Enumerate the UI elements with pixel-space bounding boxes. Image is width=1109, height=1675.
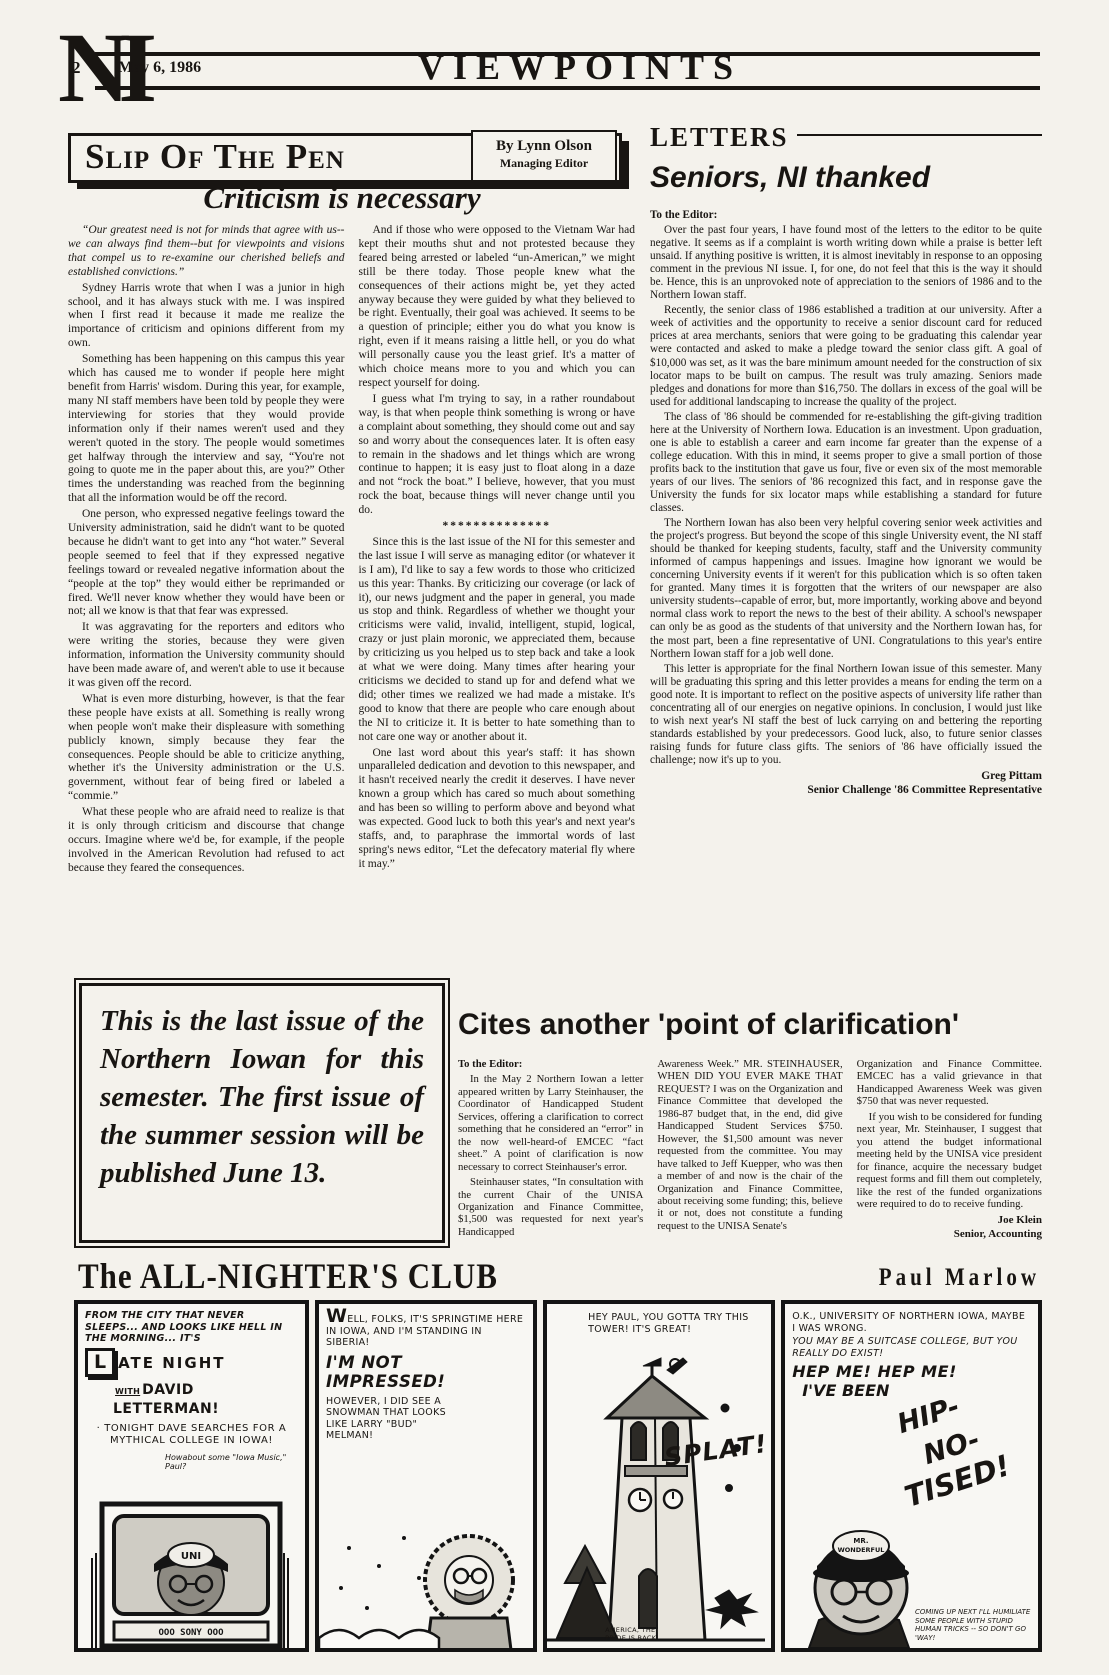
clarification-headline: Cites another 'point of clarification' bbox=[458, 1008, 1042, 1042]
paragraph: Organization and Finance Committee. EMCE… bbox=[857, 1058, 1042, 1108]
salutation: To the Editor: bbox=[458, 1058, 643, 1070]
paragraph: It was aggravating for the reporters and… bbox=[68, 621, 345, 691]
byline-box: By Lynn Olson Managing Editor bbox=[471, 130, 617, 182]
campanile-tower-drawing bbox=[547, 1348, 765, 1648]
signature-role: Senior, Accounting bbox=[857, 1227, 1042, 1241]
speech-text: Howabout some "Iowa Music," Paul? bbox=[165, 1453, 298, 1472]
article-headline: Criticism is necessary bbox=[68, 180, 616, 216]
paragraph: The class of '86 should be commended for… bbox=[650, 411, 1042, 515]
comic-panel-1: FROM THE CITY THAT NEVER SLEEPS... AND L… bbox=[74, 1300, 309, 1652]
speech-text: YOU MAY BE A SUITCASE COLLEGE, BUT YOU R… bbox=[792, 1336, 1031, 1359]
signature-name: Greg Pittam bbox=[650, 769, 1042, 783]
newspaper-page: NI 2 May 6, 1986 VIEWPOINTS Slip Of The … bbox=[0, 0, 1109, 1675]
speech-emphasis: I'M NOT IMPRESSED! bbox=[326, 1353, 526, 1391]
letter-body: To the Editor: Over the past four years,… bbox=[650, 209, 1042, 797]
outro-caption: COMING UP NEXT I'LL HUMILIATE SOME PEOPL… bbox=[915, 1608, 1033, 1642]
article-column-1: “Our greatest need is not for minds that… bbox=[68, 224, 345, 912]
signature-name: Joe Klein bbox=[857, 1213, 1042, 1227]
show-name: ATE NIGHT bbox=[118, 1354, 225, 1372]
announcement-inner-border: This is the last issue of the Northern I… bbox=[79, 983, 445, 1243]
comic-panel-2: WELL, FOLKS, IT'S SPRINGTIME HERE IN IOW… bbox=[315, 1300, 537, 1652]
comic-panel-4: O.K., UNIVERSITY OF NORTHERN IOWA, MAYBE… bbox=[781, 1300, 1042, 1652]
caption-text: · TONIGHT DAVE SEARCHES FOR A MYTHICAL C… bbox=[85, 1423, 298, 1447]
tv-drawing: UNI OOO SONY OOO bbox=[88, 1498, 293, 1650]
speech-emphasis: I'VE BEEN bbox=[802, 1381, 1031, 1400]
speech-text: HEY PAUL, YOU GOTTA TRY THIS TOWER! IT'S… bbox=[588, 1312, 763, 1335]
paragraph: Since this is the last issue of the NI f… bbox=[359, 536, 636, 745]
paragraph: Sydney Harris wrote that when I was a ju… bbox=[68, 282, 345, 352]
tv-brand-label: OOO SONY OOO bbox=[158, 1628, 224, 1638]
comic-strip: FROM THE CITY THAT NEVER SLEEPS... AND L… bbox=[74, 1300, 1042, 1652]
announcement-text: This is the last issue of the Northern I… bbox=[82, 986, 442, 1208]
drop-cap: W bbox=[326, 1305, 347, 1327]
tiny-caption: AMERICA, THE PRIDE IS BACK. bbox=[605, 1627, 665, 1642]
paragraph: Recently, the senior class of 1986 estab… bbox=[650, 304, 1042, 408]
paragraph: “Our greatest need is not for minds that… bbox=[68, 224, 345, 280]
slip-of-the-pen-banner: Slip Of The Pen By Lynn Olson Managing E… bbox=[68, 133, 622, 183]
comic-title: The ALL-NIGHTER'S CLUB bbox=[78, 1256, 498, 1297]
paragraph: Awareness Week.” MR. STEINHAUSER, WHEN D… bbox=[657, 1058, 842, 1232]
paragraph: One person, who expressed negative feeli… bbox=[68, 508, 345, 619]
comic-panel-3: HEY PAUL, YOU GOTTA TRY THIS TOWER! IT'S… bbox=[543, 1300, 775, 1652]
byline-role: Managing Editor bbox=[473, 156, 615, 170]
snow-scene-drawing bbox=[319, 1518, 527, 1650]
letterman-l-logo: L bbox=[85, 1348, 115, 1377]
paragraph: Steinhauser states, “In consultation wit… bbox=[458, 1176, 643, 1238]
with-word: WITH bbox=[115, 1387, 140, 1396]
cap-label-bottom: WONDERFUL bbox=[838, 1546, 885, 1554]
star-divider: ************** bbox=[359, 520, 636, 534]
comic-title-row: The ALL-NIGHTER'S CLUB Paul Marlow bbox=[74, 1256, 1042, 1294]
byline: By Lynn Olson bbox=[473, 136, 615, 156]
letters-section: LETTERS Seniors, NI thanked To the Edito… bbox=[650, 122, 1042, 954]
paragraph: The Northern Iowan has also been very he… bbox=[650, 517, 1042, 661]
cap-label-top: MR. bbox=[854, 1537, 869, 1545]
signature-block: Greg Pittam Senior Challenge '86 Committ… bbox=[650, 769, 1042, 797]
announcement-box: This is the last issue of the Northern I… bbox=[74, 978, 450, 1248]
speech-text: HOWEVER, I DID SEE A SNOWMAN THAT LOOKS … bbox=[326, 1396, 446, 1442]
article-column-2: And if those who were opposed to the Vie… bbox=[359, 224, 636, 912]
section-title: VIEWPOINTS bbox=[300, 47, 860, 87]
paragraph: I guess what I'm trying to say, in a rat… bbox=[359, 393, 636, 518]
letter-headline: Seniors, NI thanked bbox=[650, 161, 1042, 195]
paragraph: One last word about this year's staff: i… bbox=[359, 747, 636, 872]
paragraph: And if those who were opposed to the Vie… bbox=[359, 224, 636, 391]
cap-label: UNI bbox=[181, 1551, 201, 1562]
letters-rule bbox=[797, 134, 1042, 136]
column-title: Slip Of The Pen bbox=[85, 137, 345, 177]
salutation: To the Editor: bbox=[650, 209, 1042, 222]
slip-article-body: “Our greatest need is not for minds that… bbox=[68, 224, 635, 912]
paragraph: What is even more disturbing, however, i… bbox=[68, 693, 345, 804]
issue-date: May 6, 1986 bbox=[118, 59, 201, 77]
paragraph: Over the past four years, I have found m… bbox=[650, 224, 1042, 302]
speech-text: O.K., UNIVERSITY OF NORTHERN IOWA, MAYBE… bbox=[792, 1311, 1031, 1334]
paragraph: Something has been happening on this cam… bbox=[68, 353, 345, 506]
speech-emphasis: HEP ME! HEP ME! bbox=[792, 1362, 1031, 1381]
signature-block: Joe Klein Senior, Accounting bbox=[857, 1213, 1042, 1241]
signature-role: Senior Challenge '86 Committee Represent… bbox=[650, 783, 1042, 797]
paragraph: If you wish to be considered for funding… bbox=[857, 1111, 1042, 1211]
page-number: 2 bbox=[72, 58, 81, 78]
comic-artist-credit: Paul Marlow bbox=[879, 1262, 1040, 1292]
letters-header: LETTERS bbox=[650, 122, 1042, 153]
caption-text: FROM THE CITY THAT NEVER SLEEPS... AND L… bbox=[85, 1310, 298, 1345]
paragraph: What these people who are afraid need to… bbox=[68, 806, 345, 876]
paragraph: This letter is appropriate for the final… bbox=[650, 663, 1042, 767]
paragraph: In the May 2 Northern Iowan a letter app… bbox=[458, 1073, 643, 1173]
speech-line: ELL, FOLKS, IT'S SPRINGTIME HERE IN IOWA… bbox=[326, 1314, 523, 1348]
letters-label: LETTERS bbox=[650, 122, 789, 153]
show-logo: LATE NIGHT bbox=[85, 1348, 298, 1377]
speech-text: WELL, FOLKS, IT'S SPRINGTIME HERE IN IOW… bbox=[326, 1311, 526, 1349]
